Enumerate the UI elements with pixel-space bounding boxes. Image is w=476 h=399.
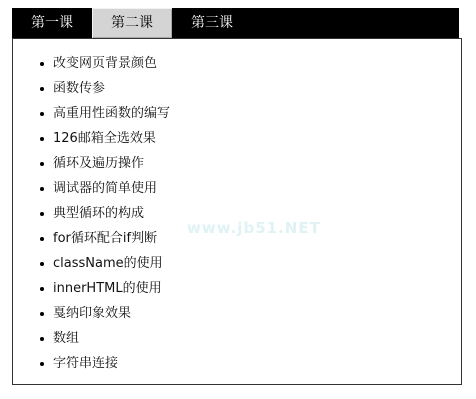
tab-lesson-1[interactable]: 第一课: [12, 8, 92, 38]
list-item: 戛纳印象效果: [13, 301, 461, 326]
tab-lesson-3[interactable]: 第三课: [172, 8, 252, 38]
list-item: for循环配合if判断: [13, 226, 461, 251]
tab-widget-page: 第一课 第二课 第三课 改变网页背景颜色函数传参高重用性函数的编写126邮箱全选…: [0, 0, 476, 399]
lesson-content-panel: 改变网页背景颜色函数传参高重用性函数的编写126邮箱全选效果循环及遍历操作调试器…: [12, 38, 462, 385]
list-item: innerHTML的使用: [13, 276, 461, 301]
list-item: 高重用性函数的编写: [13, 101, 461, 126]
list-item: 循环及遍历操作: [13, 151, 461, 176]
list-item: 数组: [13, 326, 461, 351]
list-item: 改变网页背景颜色: [13, 51, 461, 76]
lesson-topic-list: 改变网页背景颜色函数传参高重用性函数的编写126邮箱全选效果循环及遍历操作调试器…: [13, 51, 461, 376]
list-item: 126邮箱全选效果: [13, 126, 461, 151]
list-item: 典型循环的构成: [13, 201, 461, 226]
tab-lesson-2-active[interactable]: 第二课: [92, 8, 172, 38]
list-item: 字符串连接: [13, 351, 461, 376]
list-item: className的使用: [13, 251, 461, 276]
list-item: 调试器的简单使用: [13, 176, 461, 201]
list-item: 函数传参: [13, 76, 461, 101]
tab-bar: 第一课 第二课 第三课: [12, 8, 459, 38]
